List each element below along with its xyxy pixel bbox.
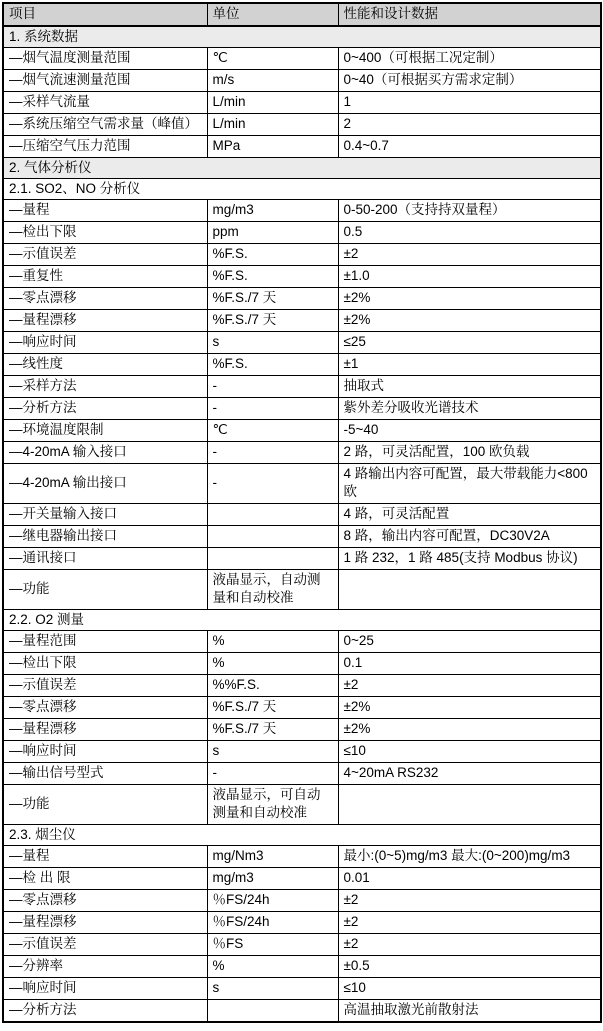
value-cell <box>338 570 601 610</box>
table-row: —分析方法-紫外差分吸收光谱技术 <box>3 398 601 420</box>
table-row: —检出下限%0.1 <box>3 653 601 675</box>
table-row: —功能液晶显示，自动测量和自动校准 <box>3 570 601 610</box>
section-row: 2. 气体分析仪 <box>3 158 601 179</box>
section-row: 1. 系统数据 <box>3 26 601 48</box>
value-cell: 8 路，输出内容可配置，DC30V2A <box>338 526 601 548</box>
table-row: —示值误差％FS±2 <box>3 934 601 956</box>
table-row: —示值误差%%F.S.±2 <box>3 675 601 697</box>
column-header-performance: 性能和设计数据 <box>338 3 601 26</box>
item-cell: —量程 <box>3 200 207 222</box>
item-cell: —量程漂移 <box>3 719 207 741</box>
value-cell: 1 <box>338 92 601 114</box>
unit-cell: - <box>207 398 338 420</box>
unit-cell <box>207 526 338 548</box>
table-row: —4-20mA 输入接口-2 路，可灵活配置，100 欧负载 <box>3 442 601 464</box>
value-cell: 0~25 <box>338 631 601 653</box>
item-cell: —分辨率 <box>3 956 207 978</box>
value-cell: 2 路，可灵活配置，100 欧负载 <box>338 442 601 464</box>
item-cell: —系统压缩空气需求量（峰值） <box>3 114 207 136</box>
unit-cell: ％FS/24h <box>207 890 338 912</box>
table-row: —量程范围%0~25 <box>3 631 601 653</box>
table-row: —量程漂移%F.S./7 天±2% <box>3 310 601 332</box>
unit-cell <box>207 1000 338 1023</box>
spec-sheet-page: 项目 单位 性能和设计数据 1. 系统数据—烟气温度测量范围℃0~400（可根据… <box>0 0 603 1025</box>
section-label: 2.1. SO2、NO 分析仪 <box>3 179 601 200</box>
unit-cell: - <box>207 376 338 398</box>
unit-cell: %F.S. <box>207 266 338 288</box>
unit-cell: mg/m3 <box>207 200 338 222</box>
item-cell: —零点漂移 <box>3 288 207 310</box>
column-header-item: 项目 <box>3 3 207 26</box>
unit-cell: %%F.S. <box>207 675 338 697</box>
value-cell: ±2% <box>338 719 601 741</box>
table-row: —零点漂移%F.S./7 天±2% <box>3 288 601 310</box>
unit-cell <box>207 504 338 526</box>
section-row: 2.3. 烟尘仪 <box>3 825 601 846</box>
value-cell <box>338 785 601 825</box>
spec-table: 项目 单位 性能和设计数据 1. 系统数据—烟气温度测量范围℃0~400（可根据… <box>2 2 602 1023</box>
unit-cell: mg/m3 <box>207 868 338 890</box>
value-cell: ≤10 <box>338 741 601 763</box>
value-cell: ±2 <box>338 934 601 956</box>
unit-cell: MPa <box>207 136 338 158</box>
item-cell: —采样气流量 <box>3 92 207 114</box>
value-cell: ±2% <box>338 288 601 310</box>
item-cell: —响应时间 <box>3 978 207 1000</box>
item-cell: —4-20mA 输出接口 <box>3 464 207 504</box>
table-row: —量程mg/Nm3最小:(0~5)mg/m3 最大:(0~200)mg/m3 <box>3 846 601 868</box>
table-row: —量程mg/m30-50-200（支持持双量程） <box>3 200 601 222</box>
table-row: —分辨率%±0.5 <box>3 956 601 978</box>
table-row: —压缩空气压力范围MPa0.4~0.7 <box>3 136 601 158</box>
unit-cell: %F.S. <box>207 244 338 266</box>
unit-cell: ℃ <box>207 420 338 442</box>
value-cell: ±1.0 <box>338 266 601 288</box>
unit-cell: %F.S. <box>207 354 338 376</box>
table-row: —通讯接口1 路 232，1 路 485(支持 Modbus 协议) <box>3 548 601 570</box>
section-row: 2.2. O2 测量 <box>3 610 601 631</box>
unit-cell: s <box>207 978 338 1000</box>
item-cell: —4-20mA 输入接口 <box>3 442 207 464</box>
item-cell: —示值误差 <box>3 244 207 266</box>
value-cell: 4 路输出内容可配置，最大带载能力<800 欧 <box>338 464 601 504</box>
value-cell: 0~400（可根据工况定制） <box>338 48 601 70</box>
table-row: —量程漂移%F.S./7 天±2% <box>3 719 601 741</box>
section-label: 2.3. 烟尘仪 <box>3 825 601 846</box>
value-cell: 最小:(0~5)mg/m3 最大:(0~200)mg/m3 <box>338 846 601 868</box>
table-row: —线性度%F.S.±1 <box>3 354 601 376</box>
unit-cell: L/min <box>207 114 338 136</box>
table-row: —检出下限ppm0.5 <box>3 222 601 244</box>
table-row: —采样方法-抽取式 <box>3 376 601 398</box>
table-row: —系统压缩空气需求量（峰值）L/min2 <box>3 114 601 136</box>
unit-cell: ppm <box>207 222 338 244</box>
unit-cell: %F.S./7 天 <box>207 288 338 310</box>
table-row: —采样气流量L/min1 <box>3 92 601 114</box>
column-header-unit: 单位 <box>207 3 338 26</box>
table-row: —功能液晶显示，可自动测量和自动校准 <box>3 785 601 825</box>
unit-cell: 液晶显示，自动测量和自动校准 <box>207 570 338 610</box>
value-cell: ±2 <box>338 244 601 266</box>
item-cell: —压缩空气压力范围 <box>3 136 207 158</box>
item-cell: —检出下限 <box>3 653 207 675</box>
item-cell: —检出下限 <box>3 222 207 244</box>
unit-cell: %F.S./7 天 <box>207 719 338 741</box>
unit-cell: - <box>207 442 338 464</box>
item-cell: —通讯接口 <box>3 548 207 570</box>
item-cell: —零点漂移 <box>3 697 207 719</box>
table-row: —响应时间s≤10 <box>3 741 601 763</box>
value-cell: 1 路 232，1 路 485(支持 Modbus 协议) <box>338 548 601 570</box>
value-cell: 4 路，可灵活配置 <box>338 504 601 526</box>
unit-cell: ％FS <box>207 934 338 956</box>
unit-cell: s <box>207 332 338 354</box>
item-cell: —量程 <box>3 846 207 868</box>
table-row: —响应时间s≤25 <box>3 332 601 354</box>
unit-cell: mg/Nm3 <box>207 846 338 868</box>
table-row: —零点漂移%F.S./7 天±2% <box>3 697 601 719</box>
spec-table-body: 1. 系统数据—烟气温度测量范围℃0~400（可根据工况定制）—烟气流速测量范围… <box>3 26 601 1022</box>
value-cell: ±1 <box>338 354 601 376</box>
item-cell: —分析方法 <box>3 1000 207 1023</box>
item-cell: —采样方法 <box>3 376 207 398</box>
unit-cell: ℃ <box>207 48 338 70</box>
value-cell: 0.4~0.7 <box>338 136 601 158</box>
table-row: —分析方法高温抽取激光前散射法 <box>3 1000 601 1023</box>
unit-cell: %F.S./7 天 <box>207 310 338 332</box>
item-cell: —量程漂移 <box>3 310 207 332</box>
value-cell: 0~40（可根据买方需求定制） <box>338 70 601 92</box>
table-row: —输出信号型式-4~20mA RS232 <box>3 763 601 785</box>
unit-cell: s <box>207 741 338 763</box>
unit-cell: - <box>207 763 338 785</box>
item-cell: —示值误差 <box>3 675 207 697</box>
unit-cell: m/s <box>207 70 338 92</box>
value-cell: 4~20mA RS232 <box>338 763 601 785</box>
value-cell: ±2 <box>338 890 601 912</box>
value-cell: ≤25 <box>338 332 601 354</box>
value-cell: ±2 <box>338 912 601 934</box>
value-cell: 紫外差分吸收光谱技术 <box>338 398 601 420</box>
item-cell: —响应时间 <box>3 332 207 354</box>
table-row: —示值误差%F.S.±2 <box>3 244 601 266</box>
value-cell: ±2% <box>338 697 601 719</box>
table-row: —烟气流速测量范围m/s0~40（可根据买方需求定制） <box>3 70 601 92</box>
item-cell: —重复性 <box>3 266 207 288</box>
header-row: 项目 单位 性能和设计数据 <box>3 3 601 26</box>
table-row: —烟气温度测量范围℃0~400（可根据工况定制） <box>3 48 601 70</box>
item-cell: —线性度 <box>3 354 207 376</box>
item-cell: —示值误差 <box>3 934 207 956</box>
value-cell: 高温抽取激光前散射法 <box>338 1000 601 1023</box>
item-cell: —继电器输出接口 <box>3 526 207 548</box>
table-row: —环境温度限制℃-5~40 <box>3 420 601 442</box>
unit-cell: % <box>207 956 338 978</box>
item-cell: —环境温度限制 <box>3 420 207 442</box>
item-cell: —量程范围 <box>3 631 207 653</box>
value-cell: -5~40 <box>338 420 601 442</box>
item-cell: —输出信号型式 <box>3 763 207 785</box>
unit-cell: % <box>207 653 338 675</box>
value-cell: 0.5 <box>338 222 601 244</box>
item-cell: —烟气温度测量范围 <box>3 48 207 70</box>
value-cell: ≤10 <box>338 978 601 1000</box>
unit-cell: - <box>207 464 338 504</box>
item-cell: —量程漂移 <box>3 912 207 934</box>
section-label: 2. 气体分析仪 <box>3 158 601 179</box>
item-cell: —分析方法 <box>3 398 207 420</box>
section-row: 2.1. SO2、NO 分析仪 <box>3 179 601 200</box>
item-cell: —零点漂移 <box>3 890 207 912</box>
unit-cell: % <box>207 631 338 653</box>
value-cell: ±0.5 <box>338 956 601 978</box>
item-cell: —功能 <box>3 570 207 610</box>
unit-cell: 液晶显示，可自动测量和自动校准 <box>207 785 338 825</box>
table-row: —继电器输出接口8 路，输出内容可配置，DC30V2A <box>3 526 601 548</box>
item-cell: —检 出 限 <box>3 868 207 890</box>
value-cell: 0-50-200（支持持双量程） <box>338 200 601 222</box>
table-row: —零点漂移％FS/24h±2 <box>3 890 601 912</box>
item-cell: —烟气流速测量范围 <box>3 70 207 92</box>
value-cell: 2 <box>338 114 601 136</box>
unit-cell: L/min <box>207 92 338 114</box>
section-label: 1. 系统数据 <box>3 26 601 48</box>
section-label: 2.2. O2 测量 <box>3 610 601 631</box>
item-cell: —开关量输入接口 <box>3 504 207 526</box>
unit-cell: ％FS/24h <box>207 912 338 934</box>
table-row: —4-20mA 输出接口-4 路输出内容可配置，最大带载能力<800 欧 <box>3 464 601 504</box>
value-cell: ±2 <box>338 675 601 697</box>
value-cell: 抽取式 <box>338 376 601 398</box>
value-cell: 0.1 <box>338 653 601 675</box>
unit-cell: %F.S./7 天 <box>207 697 338 719</box>
table-row: —响应时间s≤10 <box>3 978 601 1000</box>
item-cell: —功能 <box>3 785 207 825</box>
item-cell: —响应时间 <box>3 741 207 763</box>
table-row: —检 出 限mg/m30.01 <box>3 868 601 890</box>
unit-cell <box>207 548 338 570</box>
table-row: —开关量输入接口4 路，可灵活配置 <box>3 504 601 526</box>
table-row: —重复性%F.S.±1.0 <box>3 266 601 288</box>
value-cell: ±2% <box>338 310 601 332</box>
table-row: —量程漂移％FS/24h±2 <box>3 912 601 934</box>
value-cell: 0.01 <box>338 868 601 890</box>
